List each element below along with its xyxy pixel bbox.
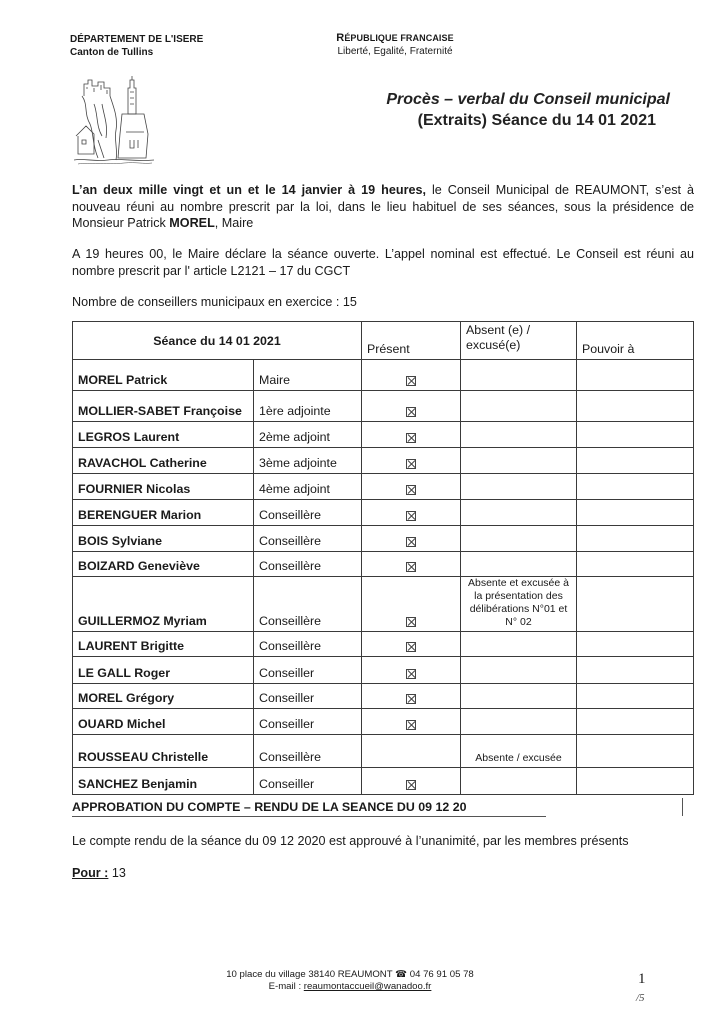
absent-cell	[461, 632, 577, 657]
checked-box-icon	[406, 459, 416, 469]
table-row: BERENGUER MarionConseillère	[73, 500, 694, 526]
present-cell	[362, 684, 461, 709]
councillor-role: Conseillère	[254, 577, 362, 632]
councillor-name: LE GALL Roger	[73, 657, 254, 684]
councillor-role: Conseillère	[254, 526, 362, 552]
vote-value: 13	[108, 866, 126, 880]
checked-box-icon	[406, 780, 416, 790]
councillor-name: LEGROS Laurent	[73, 422, 254, 448]
header-present: Présent	[362, 322, 461, 360]
councillor-role: 4ème adjoint	[254, 474, 362, 500]
checked-box-icon	[406, 433, 416, 443]
pouvoir-cell	[577, 735, 694, 768]
document-title: Procès – verbal du Conseil municipal (Ex…	[300, 89, 670, 131]
pouvoir-cell	[577, 474, 694, 500]
present-cell	[362, 500, 461, 526]
page-number: 1	[638, 971, 646, 988]
absent-cell	[461, 391, 577, 422]
absent-cell	[461, 526, 577, 552]
department: DÉPARTEMENT DE L'ISERE	[70, 33, 203, 46]
approval-paragraph: Le compte rendu de la séance du 09 12 20…	[72, 833, 694, 850]
absent-cell	[461, 709, 577, 735]
absent-cell	[461, 448, 577, 474]
header-center: RÉPUBLIQUE FRANCAISE Liberté, Egalité, F…	[320, 32, 470, 58]
canton: Canton de Tullins	[70, 46, 203, 59]
checked-box-icon	[406, 562, 416, 572]
opening-paragraph: A 19 heures 00, le Maire déclare la séan…	[72, 246, 694, 279]
header-absent: Absent (e) / excusé(e)	[461, 322, 577, 360]
phone-icon: ☎	[395, 969, 407, 980]
councillor-name: SANCHEZ Benjamin	[73, 768, 254, 795]
absent-cell	[461, 684, 577, 709]
republic: RÉPUBLIQUE FRANCAISE	[320, 32, 470, 45]
present-cell	[362, 360, 461, 391]
absent-cell	[461, 422, 577, 448]
present-cell	[362, 735, 461, 768]
pouvoir-cell	[577, 422, 694, 448]
councillor-name: MOLLIER-SABET Françoise	[73, 391, 254, 422]
pouvoir-cell	[577, 768, 694, 795]
pouvoir-cell	[577, 709, 694, 735]
checked-box-icon	[406, 617, 416, 627]
table-row: GUILLERMOZ MyriamConseillèreAbsente et e…	[73, 577, 694, 632]
pouvoir-cell	[577, 500, 694, 526]
pouvoir-cell	[577, 632, 694, 657]
councillor-role: Conseiller	[254, 684, 362, 709]
motto: Liberté, Egalité, Fraternité	[320, 45, 470, 58]
absent-cell	[461, 657, 577, 684]
title-line-1: Procès – verbal du Conseil municipal	[300, 89, 670, 110]
checked-box-icon	[406, 407, 416, 417]
table-row: FOURNIER Nicolas4ème adjoint	[73, 474, 694, 500]
pouvoir-cell	[577, 391, 694, 422]
header-pouvoir: Pouvoir à	[577, 322, 694, 360]
checked-box-icon	[406, 376, 416, 386]
table-row: LE GALL RogerConseiller	[73, 657, 694, 684]
footer-address-line: 10 place du village 38140 REAUMONT ☎ 04 …	[200, 969, 500, 981]
councillor-role: Conseillère	[254, 552, 362, 577]
councillor-name: MOREL Patrick	[73, 360, 254, 391]
councillor-role: Conseillère	[254, 735, 362, 768]
table-row: LAURENT BrigitteConseillère	[73, 632, 694, 657]
pouvoir-cell	[577, 657, 694, 684]
absent-cell: Absente et excusée à la présentation des…	[461, 577, 577, 632]
table-row: BOIZARD GenevièveConseillère	[73, 552, 694, 577]
table-row: ROUSSEAU ChristelleConseillèreAbsente / …	[73, 735, 694, 768]
present-cell	[362, 632, 461, 657]
councillor-name: BERENGUER Marion	[73, 500, 254, 526]
present-cell	[362, 709, 461, 735]
present-cell	[362, 526, 461, 552]
absent-cell	[461, 500, 577, 526]
councillor-role: Maire	[254, 360, 362, 391]
table-header-row: Séance du 14 01 2021 Présent Absent (e) …	[73, 322, 694, 360]
pouvoir-cell	[577, 360, 694, 391]
absent-cell	[461, 474, 577, 500]
email-link[interactable]: reaumontaccueil@wanadoo.fr	[304, 981, 432, 992]
table-row: MOREL PatrickMaire	[73, 360, 694, 391]
councillor-name: GUILLERMOZ Myriam	[73, 577, 254, 632]
councillor-name: RAVACHOL Catherine	[73, 448, 254, 474]
title-line-2: (Extraits) Séance du 14 01 2021	[300, 110, 670, 131]
councillor-name: ROUSSEAU Christelle	[73, 735, 254, 768]
absent-cell	[461, 552, 577, 577]
councillor-role: Conseiller	[254, 709, 362, 735]
absent-cell: Absente / excusée	[461, 735, 577, 768]
absent-cell	[461, 768, 577, 795]
header-left: DÉPARTEMENT DE L'ISERE Canton de Tullins	[70, 33, 203, 59]
page-total: /5	[636, 992, 645, 1004]
councillor-role: 1ère adjointe	[254, 391, 362, 422]
present-cell	[362, 577, 461, 632]
councillor-name: FOURNIER Nicolas	[73, 474, 254, 500]
present-cell	[362, 422, 461, 448]
section-heading: APPROBATION DU COMPTE – RENDU DE LA SEAN…	[72, 800, 546, 817]
pouvoir-cell	[577, 684, 694, 709]
councillor-name: OUARD Michel	[73, 709, 254, 735]
councillor-role: Conseiller	[254, 768, 362, 795]
vote-result: Pour : 13	[72, 866, 126, 880]
present-cell	[362, 552, 461, 577]
attendance-table: Séance du 14 01 2021 Présent Absent (e) …	[72, 321, 694, 795]
present-cell	[362, 474, 461, 500]
checked-box-icon	[406, 669, 416, 679]
table-row: MOREL GrégoryConseiller	[73, 684, 694, 709]
councillor-name: MOREL Grégory	[73, 684, 254, 709]
councillor-role: Conseillère	[254, 632, 362, 657]
checked-box-icon	[406, 485, 416, 495]
councillor-name: BOIS Sylviane	[73, 526, 254, 552]
section-divider	[682, 798, 683, 816]
table-row: SANCHEZ BenjaminConseiller	[73, 768, 694, 795]
checked-box-icon	[406, 694, 416, 704]
councillors-count: Nombre de conseillers municipaux en exer…	[72, 294, 694, 311]
table-row: LEGROS Laurent2ème adjoint	[73, 422, 694, 448]
pouvoir-cell	[577, 448, 694, 474]
footer-email-line: E-mail : reaumontaccueil@wanadoo.fr	[200, 981, 500, 993]
councillor-role: Conseiller	[254, 657, 362, 684]
checked-box-icon	[406, 720, 416, 730]
present-cell	[362, 448, 461, 474]
table-row: RAVACHOL Catherine3ème adjointe	[73, 448, 694, 474]
intro-paragraph: L’an deux mille vingt et un et le 14 jan…	[72, 182, 694, 232]
vote-label: Pour :	[72, 866, 108, 880]
village-logo-icon	[74, 74, 156, 168]
checked-box-icon	[406, 511, 416, 521]
present-cell	[362, 768, 461, 795]
checked-box-icon	[406, 537, 416, 547]
present-cell	[362, 391, 461, 422]
pouvoir-cell	[577, 577, 694, 632]
councillor-role: Conseillère	[254, 500, 362, 526]
table-row: BOIS SylvianeConseillère	[73, 526, 694, 552]
table-row: OUARD MichelConseiller	[73, 709, 694, 735]
absent-cell	[461, 360, 577, 391]
checked-box-icon	[406, 642, 416, 652]
present-cell	[362, 657, 461, 684]
councillor-name: BOIZARD Geneviève	[73, 552, 254, 577]
header-seance: Séance du 14 01 2021	[73, 322, 362, 360]
councillor-role: 2ème adjoint	[254, 422, 362, 448]
footer: 10 place du village 38140 REAUMONT ☎ 04 …	[200, 969, 500, 993]
table-row: MOLLIER-SABET Françoise1ère adjointe	[73, 391, 694, 422]
councillor-name: LAURENT Brigitte	[73, 632, 254, 657]
pouvoir-cell	[577, 552, 694, 577]
pouvoir-cell	[577, 526, 694, 552]
councillor-role: 3ème adjointe	[254, 448, 362, 474]
